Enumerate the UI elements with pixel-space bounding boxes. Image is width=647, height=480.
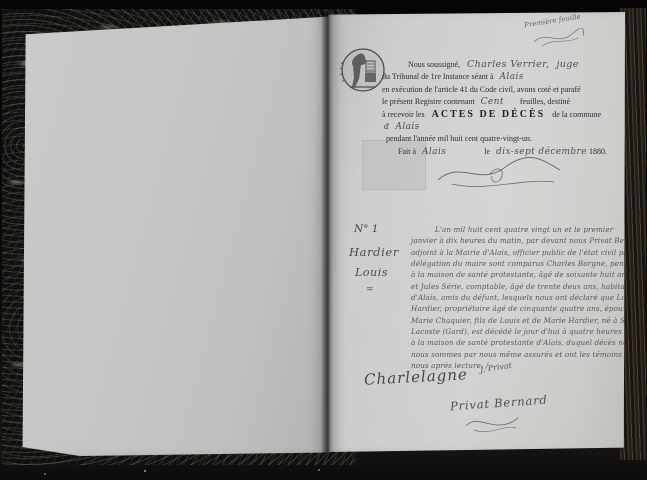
header-line-commune: d' Alais bbox=[382, 121, 626, 133]
header-line-register: le présent Registre contenant Cent feuil… bbox=[382, 96, 626, 108]
register-right-page: Première feuille Nous soussigné, Charles… bbox=[328, 12, 625, 452]
handwritten-judge-title: juge bbox=[556, 59, 578, 70]
printed-text: Nous soussigné, bbox=[408, 60, 460, 69]
scanned-register-photo: Première feuille Nous soussigné, Charles… bbox=[0, 0, 647, 480]
act-line: et Jules Série, comptable, âgé de trente… bbox=[411, 281, 623, 292]
act-line: Hardier, propriétaire âgé de cinquante q… bbox=[411, 303, 623, 314]
act-line: délégation du maire sont comparus Charle… bbox=[411, 258, 623, 269]
first-sheet-annotation: Première feuille bbox=[524, 13, 582, 30]
margin-deceased-givenname: Louis bbox=[355, 266, 388, 279]
act-line: d'Alais, amis du défunt, lesquels nous o… bbox=[411, 292, 623, 303]
act-line: à la maison de santé protestante, âgé de… bbox=[411, 269, 623, 280]
act-line: L'an mil huit cent quatre vingt un et le… bbox=[411, 224, 623, 235]
register-title: ACTES DE DÉCÈS bbox=[432, 109, 546, 120]
printed-year: 1880. bbox=[589, 147, 607, 156]
officer-paraph-flourish-icon bbox=[462, 412, 524, 436]
handwritten-judge-name: Charles Verrier, bbox=[467, 59, 549, 70]
dust-speck bbox=[44, 473, 46, 475]
act-line: janvier à dix heures du matin, par devan… bbox=[411, 235, 623, 246]
dust-speck bbox=[144, 470, 146, 472]
header-line-title: à recevoir les ACTES DE DÉCÈS de la comm… bbox=[382, 109, 626, 121]
header-line-signatory: Nous soussigné, Charles Verrier, juge bbox=[382, 59, 626, 71]
handwritten-sheet-count: Cent bbox=[481, 97, 504, 107]
act-line: adjoint à la Mairie d'Alais, officier pu… bbox=[411, 247, 623, 258]
faded-stamp-mark bbox=[362, 140, 426, 190]
header-line-article: en exécution de l'article 41 du Code civ… bbox=[382, 84, 626, 96]
book-gutter-shadow bbox=[321, 12, 333, 454]
margin-deceased-surname: Hardier bbox=[349, 245, 399, 259]
margin-equals-mark: = bbox=[366, 285, 374, 295]
corner-paraph-flourish-icon bbox=[532, 28, 586, 48]
witness-signature-main: Charlelagne bbox=[364, 365, 469, 388]
dust-speck bbox=[318, 469, 320, 471]
blank-left-page bbox=[21, 13, 330, 456]
act-line: nous sommes par nous même assurés et ont… bbox=[411, 349, 623, 360]
handwritten-death-act: L'an mil huit cent quatre vingt un et le… bbox=[411, 224, 623, 371]
dust-speck bbox=[604, 246, 606, 248]
act-number: N° 1 bbox=[354, 223, 378, 235]
act-line: Marie Chaquier, fils de Louis et de Mari… bbox=[411, 315, 623, 326]
act-line: à la maison de santé protestante d'Alais… bbox=[411, 337, 623, 348]
officer-signature: Privat Bernard bbox=[450, 393, 548, 414]
act-line: Lacoste (Gard), est décédé le jour d'hui… bbox=[411, 326, 623, 337]
header-line-tribunal: du Tribunal de 1re Instance séant à Alai… bbox=[382, 71, 626, 83]
handwritten-town: Alais bbox=[500, 72, 524, 82]
handwritten-commune: Alais bbox=[395, 122, 419, 132]
judge-signature-flourish-icon bbox=[434, 156, 566, 192]
